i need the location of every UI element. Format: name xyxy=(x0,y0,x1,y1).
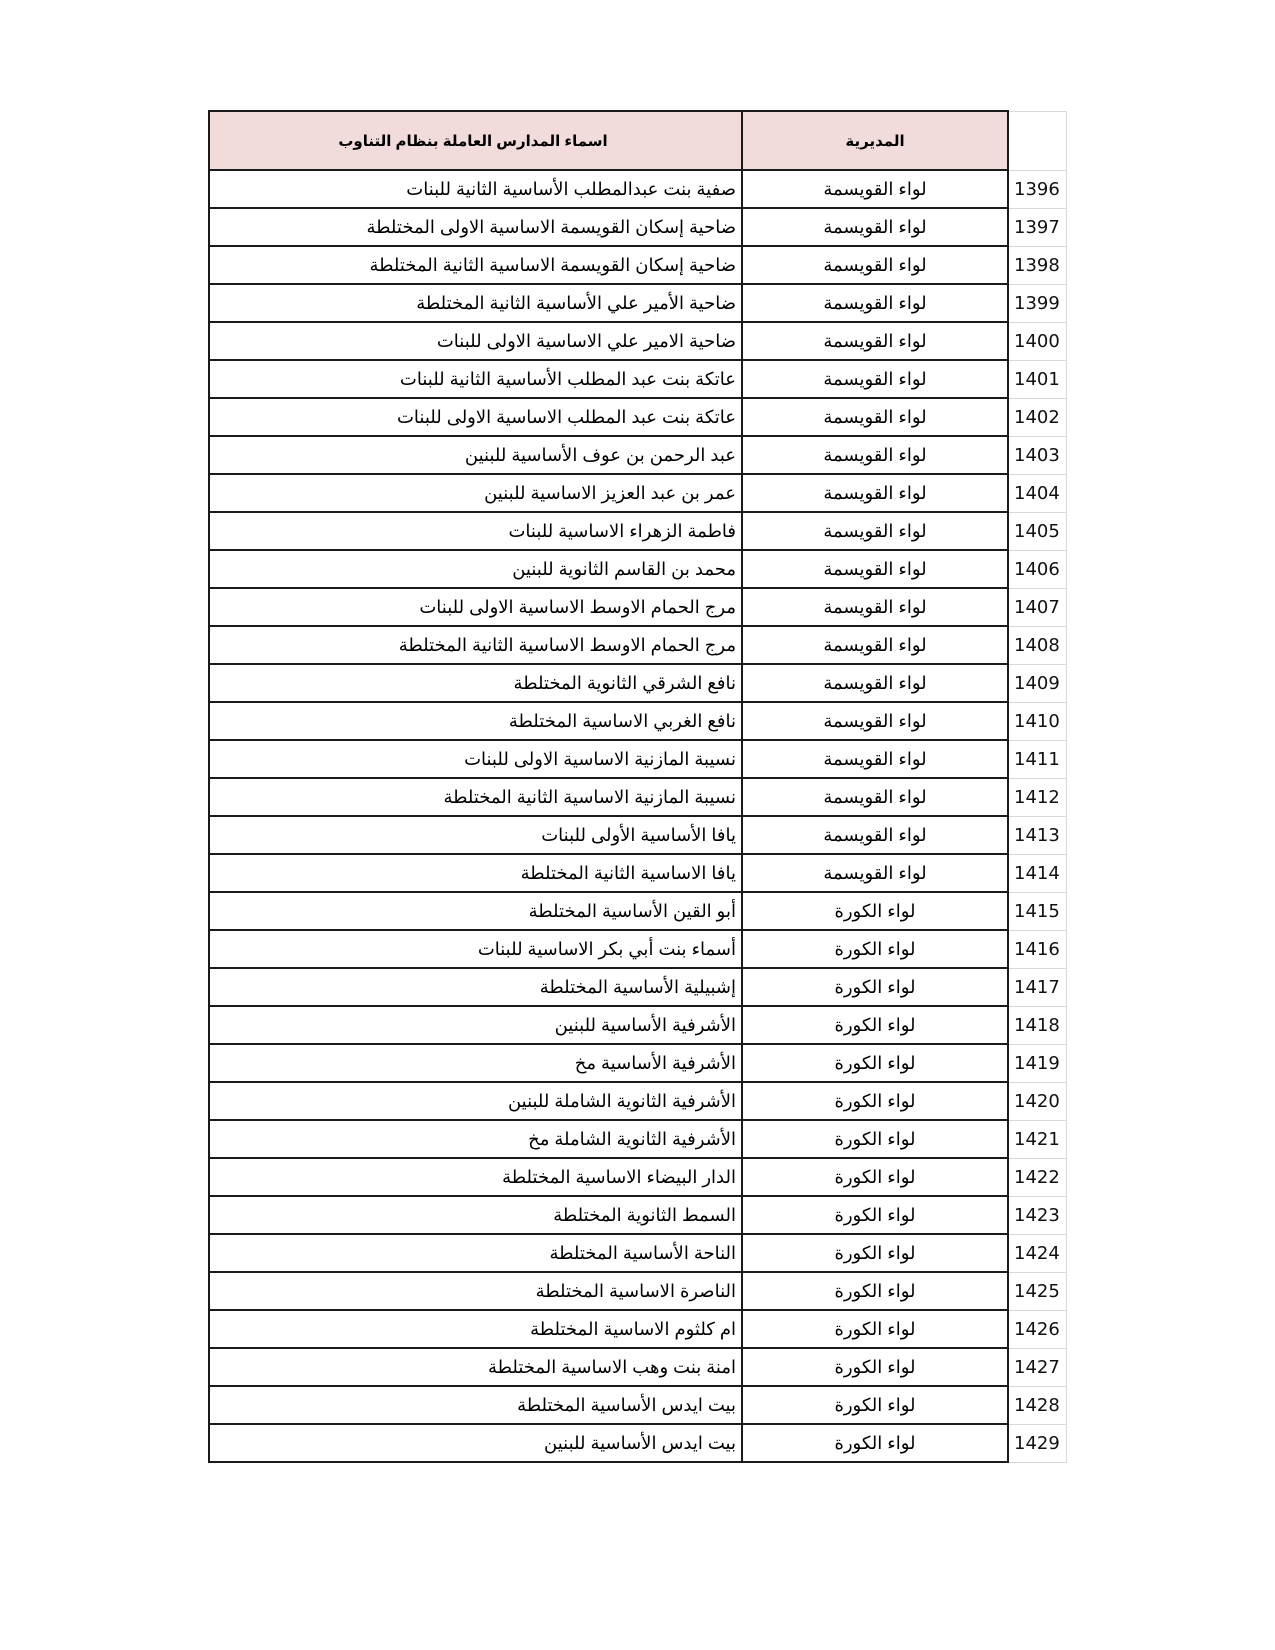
table-row: الناحة الأساسية المختلطةلواء الكورة1424 xyxy=(209,1234,1066,1272)
schools-table: اسماء المدارس العاملة بنظام التناوب المد… xyxy=(208,110,1067,1463)
directorate-cell: لواء القويسمة xyxy=(742,284,1008,322)
school-name-cell: بيت ايدس الأساسية للبنين xyxy=(209,1424,742,1462)
directorate-name: لواء الكورة xyxy=(834,901,915,922)
school-name-cell: أبو القين الأساسية المختلطة xyxy=(209,892,742,930)
school-name-cell: الأشرفية الثانوية الشاملة للبنين xyxy=(209,1082,742,1120)
table-row: السمط الثانوية المختلطةلواء الكورة1423 xyxy=(209,1196,1066,1234)
directorate-name: لواء الكورة xyxy=(834,1319,915,1340)
school-name-cell: يافا الأساسية الأولى للبنات xyxy=(209,816,742,854)
table-row: عبد الرحمن بن عوف الأساسية للبنينلواء ال… xyxy=(209,436,1066,474)
row-number: 1419 xyxy=(1014,1053,1060,1074)
directorate-cell: لواء الكورة xyxy=(742,1310,1008,1348)
row-number: 1402 xyxy=(1014,407,1060,428)
directorate-cell: لواء القويسمة xyxy=(742,246,1008,284)
directorate-cell: لواء الكورة xyxy=(742,968,1008,1006)
school-name: نافع الشرقي الثانوية المختلطة xyxy=(514,673,736,694)
directorate-cell: لواء القويسمة xyxy=(742,588,1008,626)
directorate-cell: لواء القويسمة xyxy=(742,398,1008,436)
school-name: مرج الحمام الاوسط الاساسية الثانية المخت… xyxy=(399,635,736,656)
school-name-cell: مرج الحمام الاوسط الاساسية الاولى للبنات xyxy=(209,588,742,626)
directorate-cell: لواء القويسمة xyxy=(742,816,1008,854)
directorate-name: لواء الكورة xyxy=(834,977,915,998)
school-name: أبو القين الأساسية المختلطة xyxy=(529,901,736,922)
directorate-cell: لواء القويسمة xyxy=(742,322,1008,360)
row-number: 1423 xyxy=(1014,1205,1060,1226)
table-row: الأشرفية الثانوية الشاملة مخلواء الكورة1… xyxy=(209,1120,1066,1158)
school-name: يافا الاساسية الثانية المختلطة xyxy=(521,863,736,884)
row-number: 1427 xyxy=(1014,1357,1060,1378)
school-name: نافع الغربي الاساسية المختلطة xyxy=(509,711,736,732)
directorate-name: لواء القويسمة xyxy=(823,369,926,390)
table-row: صفية بنت عبدالمطلب الأساسية الثانية للبن… xyxy=(209,170,1066,208)
table-row: نافع الغربي الاساسية المختلطةلواء القويس… xyxy=(209,702,1066,740)
directorate-name: لواء القويسمة xyxy=(823,863,926,884)
school-name: محمد بن القاسم الثانوية للبنين xyxy=(512,559,736,580)
row-number: 1410 xyxy=(1014,711,1060,732)
directorate-cell: لواء الكورة xyxy=(742,1234,1008,1272)
row-number: 1412 xyxy=(1014,787,1060,808)
directorate-name: لواء الكورة xyxy=(834,1243,915,1264)
row-number-cell: 1413 xyxy=(1008,816,1066,854)
school-name: صفية بنت عبدالمطلب الأساسية الثانية للبن… xyxy=(406,179,736,200)
school-name: ضاحية إسكان القويسمة الاساسية الاولى الم… xyxy=(367,217,736,238)
row-number: 1400 xyxy=(1014,331,1060,352)
school-name: الناصرة الاساسية المختلطة xyxy=(536,1281,736,1302)
row-number: 1404 xyxy=(1014,483,1060,504)
directorate-cell: لواء القويسمة xyxy=(742,778,1008,816)
school-name-cell: إشبيلية الأساسية المختلطة xyxy=(209,968,742,1006)
table-row: فاطمة الزهراء الاساسية للبناتلواء القويس… xyxy=(209,512,1066,550)
table-row: محمد بن القاسم الثانوية للبنينلواء القوي… xyxy=(209,550,1066,588)
row-number-cell: 1425 xyxy=(1008,1272,1066,1310)
row-number-cell: 1422 xyxy=(1008,1158,1066,1196)
row-number-cell: 1418 xyxy=(1008,1006,1066,1044)
row-number-cell: 1415 xyxy=(1008,892,1066,930)
directorate-cell: لواء القويسمة xyxy=(742,854,1008,892)
directorate-cell: لواء القويسمة xyxy=(742,664,1008,702)
directorate-cell: لواء الكورة xyxy=(742,1386,1008,1424)
row-number-cell: 1426 xyxy=(1008,1310,1066,1348)
row-number-cell: 1405 xyxy=(1008,512,1066,550)
directorate-name: لواء الكورة xyxy=(834,1281,915,1302)
directorate-cell: لواء القويسمة xyxy=(742,702,1008,740)
school-name: بيت ايدس الأساسية للبنين xyxy=(544,1433,736,1454)
row-number-cell: 1421 xyxy=(1008,1120,1066,1158)
row-number-cell: 1406 xyxy=(1008,550,1066,588)
header-directorate: المديرية xyxy=(742,111,1008,170)
school-name-cell: فاطمة الزهراء الاساسية للبنات xyxy=(209,512,742,550)
row-number: 1398 xyxy=(1014,255,1060,276)
row-number-cell: 1401 xyxy=(1008,360,1066,398)
directorate-cell: لواء القويسمة xyxy=(742,170,1008,208)
table-row: ضاحية إسكان القويسمة الاساسية الاولى الم… xyxy=(209,208,1066,246)
row-number: 1414 xyxy=(1014,863,1060,884)
directorate-name: لواء الكورة xyxy=(834,1015,915,1036)
school-name-cell: الناصرة الاساسية المختلطة xyxy=(209,1272,742,1310)
directorate-name: لواء القويسمة xyxy=(823,825,926,846)
school-name-cell: امنة بنت وهب الاساسية المختلطة xyxy=(209,1348,742,1386)
directorate-name: لواء القويسمة xyxy=(823,217,926,238)
directorate-name: لواء الكورة xyxy=(834,939,915,960)
school-name-cell: عاتكة بنت عبد المطلب الاساسية الاولى للب… xyxy=(209,398,742,436)
row-number-cell: 1398 xyxy=(1008,246,1066,284)
directorate-cell: لواء القويسمة xyxy=(742,474,1008,512)
directorate-cell: لواء الكورة xyxy=(742,1044,1008,1082)
table-row: الأشرفية الأساسية للبنينلواء الكورة1418 xyxy=(209,1006,1066,1044)
row-number: 1401 xyxy=(1014,369,1060,390)
school-name: الناحة الأساسية المختلطة xyxy=(550,1243,737,1264)
table-row: بيت ايدس الأساسية للبنينلواء الكورة1429 xyxy=(209,1424,1066,1462)
row-number-cell: 1424 xyxy=(1008,1234,1066,1272)
header-schools: اسماء المدارس العاملة بنظام التناوب xyxy=(209,111,742,170)
school-name: فاطمة الزهراء الاساسية للبنات xyxy=(508,521,736,542)
school-name: ام كلثوم الاساسية المختلطة xyxy=(530,1319,736,1340)
row-number: 1428 xyxy=(1014,1395,1060,1416)
row-number-cell: 1423 xyxy=(1008,1196,1066,1234)
row-number: 1397 xyxy=(1014,217,1060,238)
table-row: ضاحية الامير علي الاساسية الاولى للبناتل… xyxy=(209,322,1066,360)
row-number: 1424 xyxy=(1014,1243,1060,1264)
school-name: ضاحية الامير علي الاساسية الاولى للبنات xyxy=(437,331,736,352)
school-name: عبد الرحمن بن عوف الأساسية للبنين xyxy=(465,445,736,466)
school-name: الأشرفية الثانوية الشاملة مخ xyxy=(528,1129,736,1150)
school-name: ضاحية إسكان القويسمة الاساسية الثانية ال… xyxy=(369,255,736,276)
row-number-cell: 1420 xyxy=(1008,1082,1066,1120)
row-number-cell: 1411 xyxy=(1008,740,1066,778)
directorate-name: لواء القويسمة xyxy=(823,597,926,618)
row-number: 1415 xyxy=(1014,901,1060,922)
row-number: 1408 xyxy=(1014,635,1060,656)
school-name-cell: نافع الشرقي الثانوية المختلطة xyxy=(209,664,742,702)
row-number: 1429 xyxy=(1014,1433,1060,1454)
directorate-name: لواء القويسمة xyxy=(823,483,926,504)
table-row: الناصرة الاساسية المختلطةلواء الكورة1425 xyxy=(209,1272,1066,1310)
school-name-cell: أسماء بنت أبي بكر الاساسية للبنات xyxy=(209,930,742,968)
row-number-cell: 1419 xyxy=(1008,1044,1066,1082)
school-name: امنة بنت وهب الاساسية المختلطة xyxy=(488,1357,736,1378)
row-number-cell: 1402 xyxy=(1008,398,1066,436)
school-name-cell: بيت ايدس الأساسية المختلطة xyxy=(209,1386,742,1424)
table-row: مرج الحمام الاوسط الاساسية الثانية المخت… xyxy=(209,626,1066,664)
directorate-name: لواء القويسمة xyxy=(823,559,926,580)
directorate-cell: لواء الكورة xyxy=(742,1120,1008,1158)
row-number-cell: 1409 xyxy=(1008,664,1066,702)
directorate-cell: لواء الكورة xyxy=(742,1158,1008,1196)
school-name-cell: عاتكة بنت عبد المطلب الأساسية الثانية لل… xyxy=(209,360,742,398)
row-number: 1407 xyxy=(1014,597,1060,618)
school-name: الدار البيضاء الاساسية المختلطة xyxy=(502,1167,736,1188)
school-name-cell: الأشرفية الأساسية للبنين xyxy=(209,1006,742,1044)
table-row: أسماء بنت أبي بكر الاساسية للبناتلواء ال… xyxy=(209,930,1066,968)
directorate-name: لواء الكورة xyxy=(834,1205,915,1226)
row-number: 1405 xyxy=(1014,521,1060,542)
row-number: 1421 xyxy=(1014,1129,1060,1150)
row-number: 1416 xyxy=(1014,939,1060,960)
school-name: نسيبة المازنية الاساسية الثانية المختلطة xyxy=(443,787,736,808)
school-name-cell: الأشرفية الأساسية مخ xyxy=(209,1044,742,1082)
school-name: ضاحية الأمير علي الأساسية الثانية المختل… xyxy=(416,293,736,314)
row-number: 1417 xyxy=(1014,977,1060,998)
row-number: 1403 xyxy=(1014,445,1060,466)
table-row: أبو القين الأساسية المختلطةلواء الكورة14… xyxy=(209,892,1066,930)
school-name-cell: نسيبة المازنية الاساسية الثانية المختلطة xyxy=(209,778,742,816)
row-number-cell: 1404 xyxy=(1008,474,1066,512)
school-name-cell: الأشرفية الثانوية الشاملة مخ xyxy=(209,1120,742,1158)
row-number-cell: 1410 xyxy=(1008,702,1066,740)
directorate-name: لواء القويسمة xyxy=(823,407,926,428)
directorate-name: لواء القويسمة xyxy=(823,635,926,656)
row-number-cell: 1408 xyxy=(1008,626,1066,664)
directorate-cell: لواء القويسمة xyxy=(742,436,1008,474)
table-row: امنة بنت وهب الاساسية المختلطةلواء الكور… xyxy=(209,1348,1066,1386)
directorate-name: لواء القويسمة xyxy=(823,749,926,770)
directorate-name: لواء القويسمة xyxy=(823,255,926,276)
school-name: عمر بن عبد العزيز الاساسية للبنين xyxy=(484,483,736,504)
table-row: ضاحية إسكان القويسمة الاساسية الثانية ال… xyxy=(209,246,1066,284)
school-name-cell: ضاحية إسكان القويسمة الاساسية الثانية ال… xyxy=(209,246,742,284)
school-name: عاتكة بنت عبد المطلب الأساسية الثانية لل… xyxy=(400,369,736,390)
school-name-cell: مرج الحمام الاوسط الاساسية الثانية المخت… xyxy=(209,626,742,664)
table-row: نافع الشرقي الثانوية المختلطةلواء القويس… xyxy=(209,664,1066,702)
school-name-cell: ضاحية الامير علي الاساسية الاولى للبنات xyxy=(209,322,742,360)
table-row: نسيبة المازنية الاساسية الاولى للبناتلوا… xyxy=(209,740,1066,778)
row-number: 1396 xyxy=(1014,179,1060,200)
row-number: 1406 xyxy=(1014,559,1060,580)
school-name: بيت ايدس الأساسية المختلطة xyxy=(517,1395,736,1416)
directorate-name: لواء القويسمة xyxy=(823,673,926,694)
row-number: 1409 xyxy=(1014,673,1060,694)
school-name: الأشرفية الثانوية الشاملة للبنين xyxy=(508,1091,736,1112)
directorate-name: لواء القويسمة xyxy=(823,521,926,542)
school-name: نسيبة المازنية الاساسية الاولى للبنات xyxy=(464,749,736,770)
table-header-row: اسماء المدارس العاملة بنظام التناوب المد… xyxy=(209,111,1066,170)
school-name-cell: ضاحية إسكان القويسمة الاساسية الاولى الم… xyxy=(209,208,742,246)
school-name: يافا الأساسية الأولى للبنات xyxy=(541,825,736,846)
school-name-cell: نافع الغربي الاساسية المختلطة xyxy=(209,702,742,740)
school-name-cell: الناحة الأساسية المختلطة xyxy=(209,1234,742,1272)
school-name: إشبيلية الأساسية المختلطة xyxy=(540,977,736,998)
school-name-cell: يافا الاساسية الثانية المختلطة xyxy=(209,854,742,892)
table-row: ضاحية الأمير علي الأساسية الثانية المختل… xyxy=(209,284,1066,322)
row-number: 1420 xyxy=(1014,1091,1060,1112)
row-number-cell: 1428 xyxy=(1008,1386,1066,1424)
row-number: 1426 xyxy=(1014,1319,1060,1340)
directorate-cell: لواء الكورة xyxy=(742,1196,1008,1234)
table-row: الأشرفية الأساسية مخلواء الكورة1419 xyxy=(209,1044,1066,1082)
row-number: 1425 xyxy=(1014,1281,1060,1302)
table-row: مرج الحمام الاوسط الاساسية الاولى للبنات… xyxy=(209,588,1066,626)
school-name: مرج الحمام الاوسط الاساسية الاولى للبنات xyxy=(419,597,736,618)
row-number-cell: 1396 xyxy=(1008,170,1066,208)
school-name-cell: السمط الثانوية المختلطة xyxy=(209,1196,742,1234)
table-row: الأشرفية الثانوية الشاملة للبنينلواء الك… xyxy=(209,1082,1066,1120)
row-number-cell: 1412 xyxy=(1008,778,1066,816)
directorate-cell: لواء الكورة xyxy=(742,1006,1008,1044)
row-number: 1413 xyxy=(1014,825,1060,846)
school-name: السمط الثانوية المختلطة xyxy=(553,1205,736,1226)
table-row: ام كلثوم الاساسية المختلطةلواء الكورة142… xyxy=(209,1310,1066,1348)
school-name-cell: ضاحية الأمير علي الأساسية الثانية المختل… xyxy=(209,284,742,322)
directorate-cell: لواء القويسمة xyxy=(742,550,1008,588)
directorate-cell: لواء القويسمة xyxy=(742,208,1008,246)
school-name-cell: نسيبة المازنية الاساسية الاولى للبنات xyxy=(209,740,742,778)
directorate-name: لواء القويسمة xyxy=(823,445,926,466)
directorate-cell: لواء الكورة xyxy=(742,1348,1008,1386)
directorate-cell: لواء الكورة xyxy=(742,930,1008,968)
directorate-name: لواء الكورة xyxy=(834,1395,915,1416)
school-name-cell: عبد الرحمن بن عوف الأساسية للبنين xyxy=(209,436,742,474)
row-number-cell: 1429 xyxy=(1008,1424,1066,1462)
school-name-cell: صفية بنت عبدالمطلب الأساسية الثانية للبن… xyxy=(209,170,742,208)
row-number-cell: 1407 xyxy=(1008,588,1066,626)
school-name: عاتكة بنت عبد المطلب الاساسية الاولى للب… xyxy=(397,407,736,428)
table-row: يافا الأساسية الأولى للبناتلواء القويسمة… xyxy=(209,816,1066,854)
school-name: الأشرفية الأساسية للبنين xyxy=(555,1015,736,1036)
school-name-cell: ام كلثوم الاساسية المختلطة xyxy=(209,1310,742,1348)
row-number-cell: 1403 xyxy=(1008,436,1066,474)
directorate-cell: لواء القويسمة xyxy=(742,512,1008,550)
row-number-cell: 1416 xyxy=(1008,930,1066,968)
directorate-name: لواء القويسمة xyxy=(823,179,926,200)
directorate-cell: لواء الكورة xyxy=(742,1272,1008,1310)
school-name: الأشرفية الأساسية مخ xyxy=(575,1053,736,1074)
directorate-name: لواء الكورة xyxy=(834,1357,915,1378)
directorate-cell: لواء الكورة xyxy=(742,1424,1008,1462)
directorate-cell: لواء القويسمة xyxy=(742,626,1008,664)
table-row: نسيبة المازنية الاساسية الثانية المختلطة… xyxy=(209,778,1066,816)
table-row: الدار البيضاء الاساسية المختلطةلواء الكو… xyxy=(209,1158,1066,1196)
table-row: يافا الاساسية الثانية المختلطةلواء القوي… xyxy=(209,854,1066,892)
school-name: أسماء بنت أبي بكر الاساسية للبنات xyxy=(478,939,736,960)
table-row: بيت ايدس الأساسية المختلطةلواء الكورة142… xyxy=(209,1386,1066,1424)
table-row: إشبيلية الأساسية المختلطةلواء الكورة1417 xyxy=(209,968,1066,1006)
row-number-cell: 1427 xyxy=(1008,1348,1066,1386)
directorate-cell: لواء الكورة xyxy=(742,1082,1008,1120)
directorate-name: لواء القويسمة xyxy=(823,293,926,314)
directorate-cell: لواء الكورة xyxy=(742,892,1008,930)
row-number: 1411 xyxy=(1014,749,1060,770)
directorate-cell: لواء القويسمة xyxy=(742,360,1008,398)
row-number-cell: 1400 xyxy=(1008,322,1066,360)
school-name-cell: الدار البيضاء الاساسية المختلطة xyxy=(209,1158,742,1196)
table-row: عاتكة بنت عبد المطلب الاساسية الاولى للب… xyxy=(209,398,1066,436)
school-name-cell: محمد بن القاسم الثانوية للبنين xyxy=(209,550,742,588)
directorate-name: لواء الكورة xyxy=(834,1091,915,1112)
directorate-name: لواء الكورة xyxy=(834,1053,915,1074)
directorate-name: لواء الكورة xyxy=(834,1129,915,1150)
directorate-cell: لواء القويسمة xyxy=(742,740,1008,778)
row-number-cell: 1399 xyxy=(1008,284,1066,322)
directorate-name: لواء القويسمة xyxy=(823,331,926,352)
directorate-name: لواء القويسمة xyxy=(823,711,926,732)
row-number-cell: 1397 xyxy=(1008,208,1066,246)
document-page: اسماء المدارس العاملة بنظام التناوب المد… xyxy=(0,0,1275,1650)
directorate-name: لواء الكورة xyxy=(834,1167,915,1188)
header-number xyxy=(1008,111,1066,170)
table-row: عاتكة بنت عبد المطلب الأساسية الثانية لل… xyxy=(209,360,1066,398)
row-number: 1399 xyxy=(1014,293,1060,314)
row-number: 1422 xyxy=(1014,1167,1060,1188)
row-number: 1418 xyxy=(1014,1015,1060,1036)
directorate-name: لواء القويسمة xyxy=(823,787,926,808)
row-number-cell: 1414 xyxy=(1008,854,1066,892)
directorate-name: لواء الكورة xyxy=(834,1433,915,1454)
table-row: عمر بن عبد العزيز الاساسية للبنينلواء ال… xyxy=(209,474,1066,512)
school-name-cell: عمر بن عبد العزيز الاساسية للبنين xyxy=(209,474,742,512)
row-number-cell: 1417 xyxy=(1008,968,1066,1006)
